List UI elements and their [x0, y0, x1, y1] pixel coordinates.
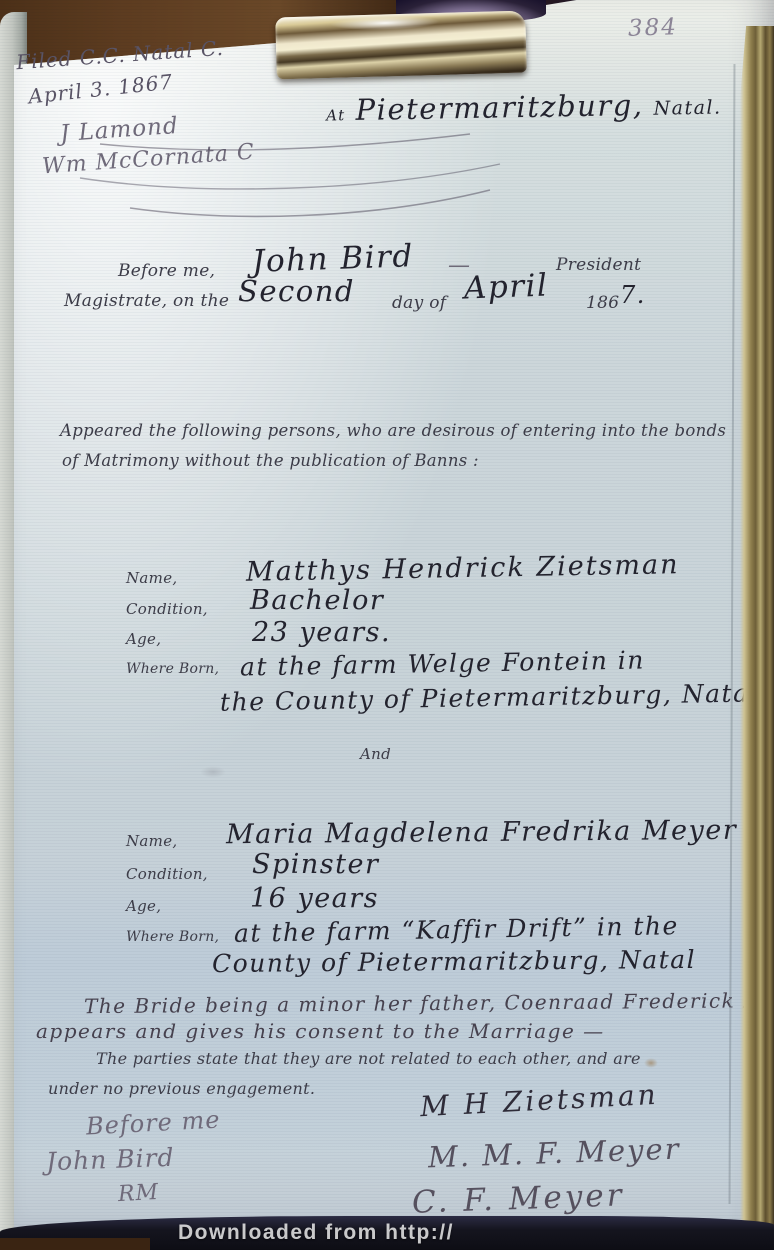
printed-day-of: day of: [392, 294, 446, 313]
bride-age-value: 16 years: [250, 884, 379, 914]
printed-before-me: Before me,: [118, 262, 215, 281]
groom-age-value: 23 years.: [252, 618, 391, 648]
document-photo: Filed C.C. Natal C. April 3. 1867 J Lamo…: [0, 0, 774, 1250]
paper-smudge: [200, 766, 226, 778]
printed-year-prefix: 186: [586, 294, 619, 313]
attestation-title: RM: [117, 1181, 159, 1207]
bride-label-name: Name,: [126, 833, 177, 850]
declaration-line2: of Matrimony without the publication of …: [62, 452, 479, 470]
statement-line1: The parties state that they are not rela…: [96, 1050, 641, 1068]
conjunction-and: And: [360, 746, 391, 763]
table-wood-sliver: [0, 1238, 150, 1250]
signature-flourish: [70, 130, 550, 220]
day-word: Second: [238, 276, 355, 308]
groom-label-where-born: Where Born,: [126, 662, 219, 677]
month-word: April: [463, 269, 549, 306]
consent-line1: The Bride being a minor her father, Coen…: [84, 989, 774, 1017]
year-written: 7.: [620, 282, 646, 308]
bride-label-where-born: Where Born,: [126, 930, 219, 945]
bride-born-line2: County of Pietermaritzburg, Natal: [212, 946, 696, 978]
place-header-prefix: At: [326, 107, 346, 124]
declaration-line1: Appeared the following persons, who are …: [60, 422, 726, 440]
groom-label-condition: Condition,: [126, 601, 208, 618]
consent-line2: appears and gives his consent to the Mar…: [36, 1020, 605, 1042]
attestation-name: John Bird: [46, 1144, 175, 1176]
bride-condition-value: Spinster: [252, 850, 379, 880]
download-watermark: Downloaded from http://: [178, 1221, 454, 1244]
place-header-region: Natal.: [653, 98, 721, 120]
printed-resident: President: [556, 256, 641, 275]
groom-label-name: Name,: [126, 570, 177, 587]
paper-stain: [644, 1058, 658, 1068]
groom-condition-value: Bachelor: [250, 586, 384, 616]
bride-label-age: Age,: [126, 898, 161, 915]
place-header-city: Pietermaritzburg,: [355, 90, 643, 127]
groom-label-age: Age,: [126, 631, 161, 648]
bride-label-condition: Condition,: [126, 866, 208, 883]
statement-line2: under no previous engagement.: [48, 1080, 315, 1098]
page-number: 384: [628, 15, 679, 42]
printed-magistrate-on-the: Magistrate, on the: [64, 292, 229, 311]
magistrate-name: John Bird: [251, 239, 414, 279]
bride-name-value: Maria Magdelena Fredrika Meyer: [226, 816, 737, 850]
page-stack-edge: [740, 26, 774, 1234]
father-signature: C. F. Meyer: [411, 1178, 625, 1219]
